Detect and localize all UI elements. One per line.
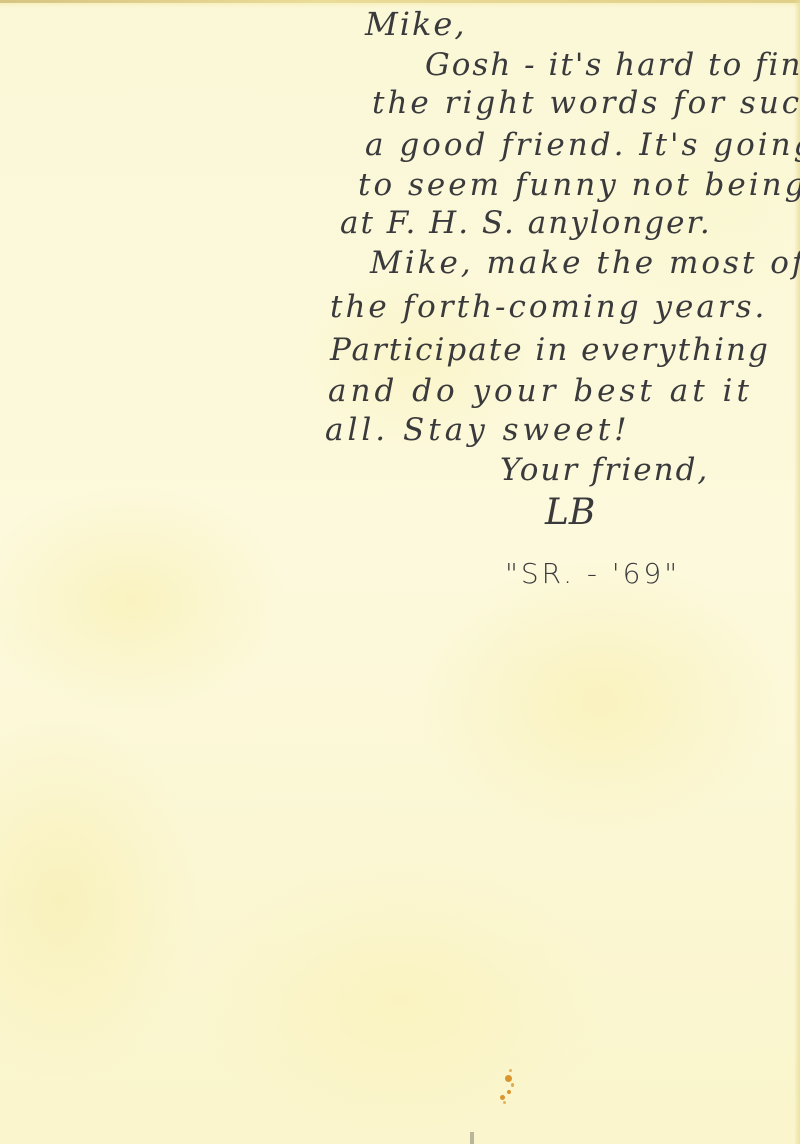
class-year: "SR. - '69" xyxy=(505,560,680,588)
salutation: Mike, xyxy=(365,8,467,40)
paper-stain xyxy=(497,1065,521,1105)
handwritten-note: Mike, Gosh - it's hard to find the right… xyxy=(0,0,800,1144)
paper-page: Mike, Gosh - it's hard to find the right… xyxy=(0,0,800,1144)
paper-mark xyxy=(470,1132,474,1144)
note-line-5: at F. H. S. anylonger. xyxy=(340,208,712,239)
closing: Your friend, xyxy=(500,455,709,486)
note-line-10: all. Stay sweet! xyxy=(325,415,631,446)
note-line-9: and do your best at it xyxy=(328,376,753,407)
note-line-1: Gosh - it's hard to find xyxy=(425,50,800,81)
note-line-2: the right words for such xyxy=(372,88,800,119)
note-line-4: to seem funny not being xyxy=(358,170,800,201)
note-line-3: a good friend. It's going xyxy=(365,130,800,161)
note-line-7: the forth-coming years. xyxy=(330,292,767,323)
note-line-6: Mike, make the most of xyxy=(370,248,800,279)
note-line-8: Participate in everything xyxy=(330,335,770,366)
signature: LB xyxy=(545,495,595,531)
